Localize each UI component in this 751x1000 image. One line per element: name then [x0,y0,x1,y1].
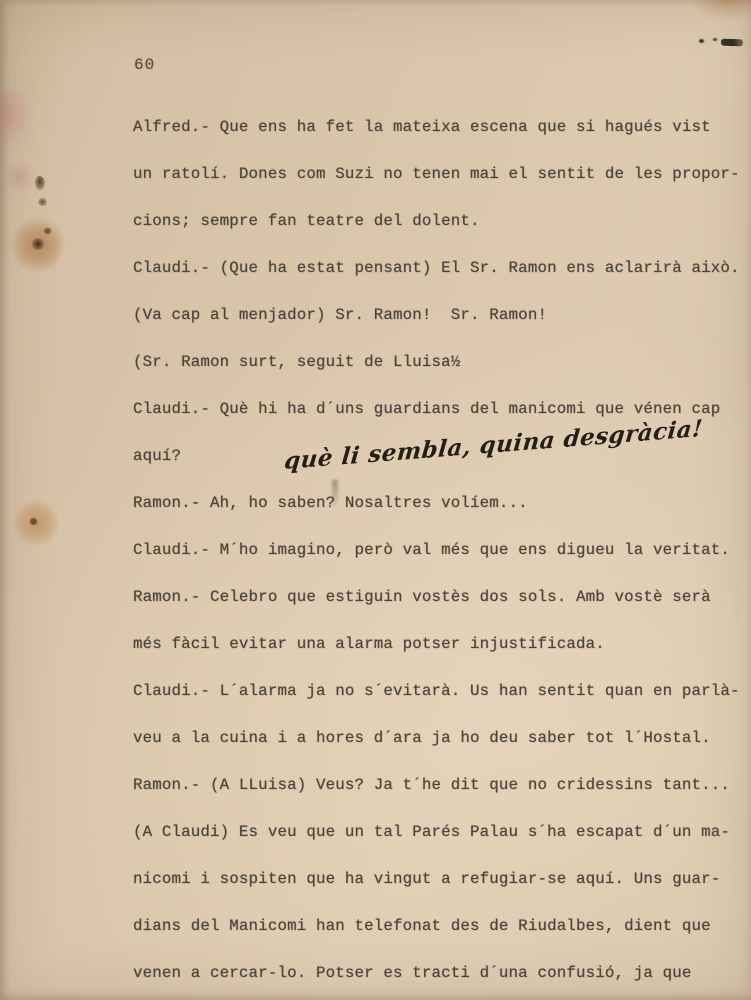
pencil-mark-dash [721,39,743,47]
typed-line: nicomi i sospiten que ha vingut a refugi… [133,856,733,903]
typed-line: (A Claudi) Es veu que un tal Parés Palau… [133,809,733,856]
foxing-spot-core [30,518,37,525]
foxing-spot-core [32,238,44,250]
typed-line: més fàcil evitar una alarma potser injus… [133,621,733,668]
typed-line: Claudi.- L´alarma ja no s´evitarà. Us ha… [133,668,733,715]
foxing-speck [44,228,51,234]
pink-stain-left [4,160,34,194]
pink-stain-top-left [0,90,32,150]
typed-line: Ramon.- Celebro que estiguin vostès dos … [133,574,733,621]
typed-line: Claudi.- M´ho imagino, però val més que … [133,527,733,574]
page-number: 60 [134,56,155,74]
typed-line: (Sr. Ramon surt, seguit de Lluisa½ [133,339,733,386]
typed-line: Ramon.- Ah, ho saben? Nosaltres volíem..… [133,480,733,527]
typed-line: Ramon.- (A LLuisa) Veus? Ja t´he dit que… [133,762,733,809]
typed-line: veu a la cuina i a hores d´ara ja ho deu… [133,715,733,762]
pencil-mark-dot [713,38,717,41]
foxing-spot-large [12,216,64,272]
foxing-speck [38,198,47,206]
manuscript-page: 60 Alfred.- Que ens ha fet la mateixa es… [0,0,751,1000]
typed-line: (Va cap al menjador) Sr. Ramon! Sr. Ramo… [133,292,733,339]
foxing-speck [35,176,45,190]
corner-stain-top-right [689,0,751,20]
typed-line: cions; sempre fan teatre del dolent. [133,198,733,245]
foxing-spot-middle [14,500,58,546]
typed-line: Claudi.- (Que ha estat pensant) El Sr. R… [133,245,733,292]
pencil-mark-dot [699,39,704,43]
typed-text-block: Alfred.- Que ens ha fet la mateixa escen… [133,104,733,997]
typed-line: venen a cercar-lo. Potser es tracti d´un… [133,950,733,997]
typed-line: dians del Manicomi han telefonat des de … [133,903,733,950]
typed-line: Alfred.- Que ens ha fet la mateixa escen… [133,104,733,151]
typed-line: un ratolí. Dones com Suzi no tenen mai e… [133,151,733,198]
